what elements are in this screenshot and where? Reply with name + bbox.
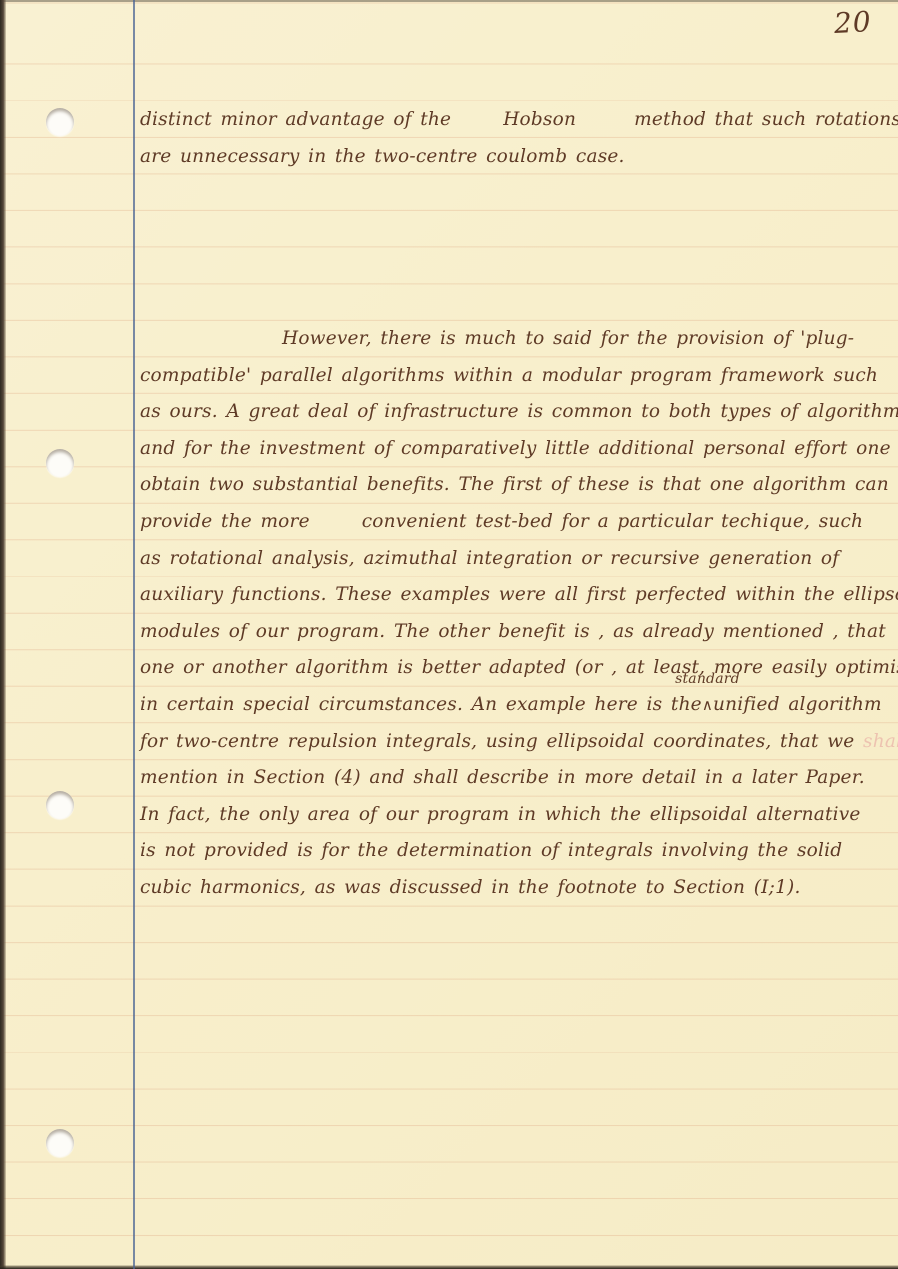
handwritten-segment: distinct minor advantage of the (140, 109, 451, 130)
erased-word-gap (576, 124, 634, 125)
handwritten-segment: mention in Section (4) and shall describ… (140, 767, 865, 788)
punch-hole (46, 449, 74, 477)
handwritten-segment: auxiliary functions. These examples were… (140, 584, 898, 605)
erased-word: shall (863, 731, 898, 752)
handwritten-segment: convenient test-bed for a particular tec… (362, 511, 863, 532)
handwritten-segment: and for the investment of comparatively … (140, 438, 898, 459)
handwritten-segment: as ours. A great deal of infrastructure … (140, 401, 898, 422)
handwritten-line: in certain special circumstances. An exa… (140, 687, 882, 724)
handwritten-segment: is not provided is for the determination… (140, 840, 842, 861)
handwritten-segment: modules of our program. The other benefi… (140, 621, 886, 642)
erased-word-gap (310, 526, 362, 527)
inserted-word: standard (675, 672, 740, 686)
notebook-page: 20 distinct minor advantage of theHobson… (0, 0, 898, 1269)
page-edge-left (0, 0, 6, 1269)
handwritten-line: However, there is much to said for the p… (140, 321, 882, 358)
paragraph-2: However, there is much to said for the p… (140, 321, 882, 907)
handwritten-line: distinct minor advantage of theHobsonmet… (140, 102, 882, 139)
handwritten-segment: cubic harmonics, as was discussed in the… (140, 877, 801, 898)
handwritten-segment: one or another algorithm is better adapt… (140, 657, 898, 678)
handwritten-line: provide the moreconvenient test-bed for … (140, 504, 882, 541)
handwritten-line: as ours. A great deal of infrastructure … (140, 394, 882, 431)
handwritten-line: auxiliary functions. These examples were… (140, 577, 882, 614)
handwritten-line: cubic harmonics, as was discussed in the… (140, 870, 882, 907)
handwritten-line: is not provided is for the determination… (140, 833, 882, 870)
punch-hole (46, 791, 74, 819)
erased-word-gap (451, 124, 503, 125)
handwritten-segment: method that such rotations (634, 109, 898, 130)
handwritten-line: In fact, the only area of our program in… (140, 797, 882, 834)
handwritten-segment: for two-centre repulsion integrals, usin… (140, 731, 863, 752)
handwritten-segment: obtain two substantial benefits. The fir… (140, 474, 889, 495)
handwritten-line: modules of our program. The other benefi… (140, 614, 882, 651)
insertion-mark: standard∧ (702, 687, 713, 724)
handwritten-segment: unified algorithm (713, 694, 882, 715)
handwritten-segment: as rotational analysis, azimuthal integr… (140, 548, 839, 569)
punch-hole (46, 1129, 74, 1157)
handwritten-segment: However, there is much to said for the p… (282, 328, 854, 349)
caret-icon: ∧ (702, 696, 713, 714)
handwritten-line: are unnecessary in the two-centre coulom… (140, 139, 882, 176)
handwritten-line: one or another algorithm is better adapt… (140, 650, 882, 687)
page-number: 20 (834, 5, 873, 40)
handwritten-segment: are unnecessary in the two-centre coulom… (140, 146, 625, 167)
handwritten-line: compatible' parallel algorithms within a… (140, 358, 882, 395)
handwritten-line: obtain two substantial benefits. The fir… (140, 467, 882, 504)
handwritten-segment: in certain special circumstances. An exa… (140, 694, 702, 715)
handwritten-line: as rotational analysis, azimuthal integr… (140, 541, 882, 578)
handwritten-segment: In fact, the only area of our program in… (140, 804, 861, 825)
margin-line (133, 0, 135, 1269)
paragraph-1: distinct minor advantage of theHobsonmet… (140, 102, 882, 175)
handwritten-segment: Hobson (503, 109, 576, 130)
handwritten-line: mention in Section (4) and shall describ… (140, 760, 882, 797)
handwritten-segment: provide the more (140, 511, 310, 532)
handwritten-line: and for the investment of comparatively … (140, 431, 882, 468)
punch-hole (46, 108, 74, 136)
handwritten-line: for two-centre repulsion integrals, usin… (140, 724, 882, 761)
handwritten-segment: compatible' parallel algorithms within a… (140, 365, 878, 386)
